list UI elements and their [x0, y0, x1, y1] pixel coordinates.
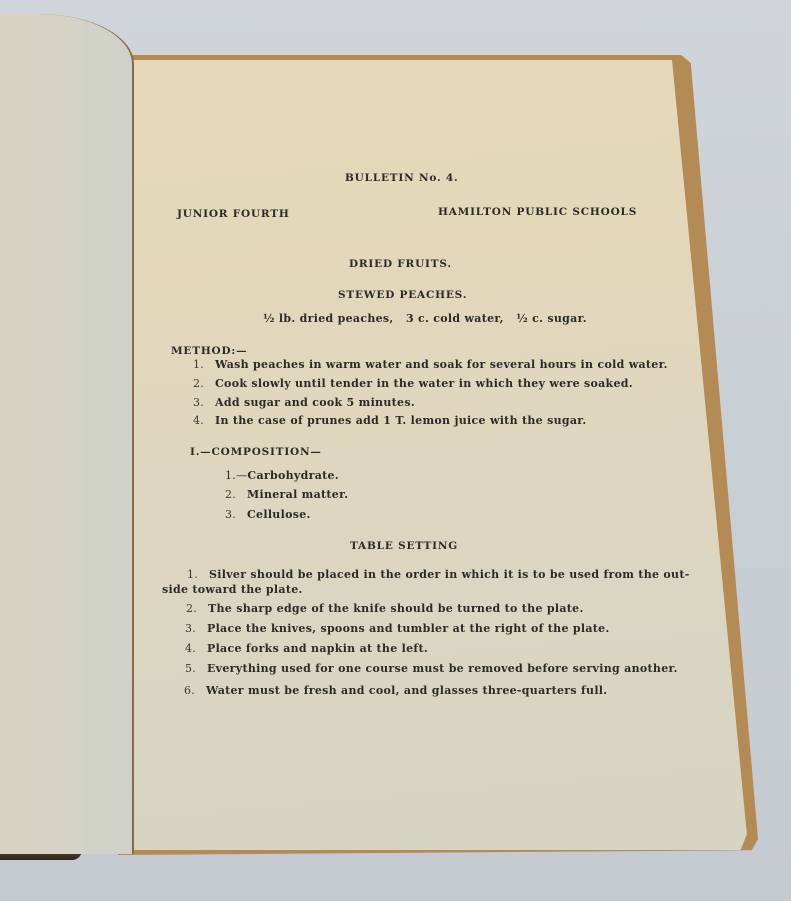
- ingredients-line: ½ lb. dried peaches, 3 c. cold water, ½ …: [263, 312, 587, 325]
- rule-number: 3.: [185, 622, 207, 635]
- table-setting-rule: 4.Place forks and napkin at the left.: [185, 642, 428, 655]
- composition-item: 1.—Carbohydrate.: [225, 469, 339, 482]
- step-text: Cook slowly until tender in the water in…: [215, 377, 633, 390]
- school-name: HAMILTON PUBLIC SCHOOLS: [438, 206, 637, 218]
- item-number: 1.—: [225, 469, 247, 482]
- rule-number: 5.: [185, 662, 207, 675]
- rule-text: Silver should be placed in the order in …: [209, 568, 690, 581]
- rule-number: 1.: [187, 568, 209, 581]
- step-text: In the case of prunes add 1 T. lemon jui…: [215, 414, 587, 427]
- step-number: 3.: [193, 396, 215, 409]
- method-step: 2.Cook slowly until tender in the water …: [193, 377, 633, 390]
- method-step: 4.In the case of prunes add 1 T. lemon j…: [193, 414, 587, 427]
- rule-text: Place forks and napkin at the left.: [207, 642, 428, 655]
- table-setting-rule: 6.Water must be fresh and cool, and glas…: [184, 684, 607, 697]
- bulletin-number: BULLETIN No. 4.: [345, 172, 458, 184]
- step-text: Wash peaches in warm water and soak for …: [215, 358, 668, 371]
- rule-text: Water must be fresh and cool, and glasse…: [206, 684, 607, 697]
- recipe-title: STEWED PEACHES.: [338, 289, 467, 301]
- rule-number: 2.: [186, 602, 208, 615]
- topic-title: DRIED FRUITS.: [349, 258, 452, 270]
- item-number: 3.: [225, 508, 247, 521]
- method-step: 1.Wash peaches in warm water and soak fo…: [193, 358, 668, 371]
- item-text: Cellulose.: [247, 508, 311, 521]
- composition-item: 2.Mineral matter.: [225, 488, 348, 501]
- rule-continuation: side toward the plate.: [162, 583, 303, 596]
- method-heading: METHOD:—: [171, 345, 247, 357]
- item-text: Mineral matter.: [247, 488, 348, 501]
- rule-text: Everything used for one course must be r…: [207, 662, 678, 675]
- item-number: 2.: [225, 488, 247, 501]
- rule-text: Place the knives, spoons and tumbler at …: [207, 622, 610, 635]
- table-setting-rule: 1.Silver should be placed in the order i…: [187, 568, 690, 581]
- table-setting-heading: TABLE SETTING: [350, 540, 458, 552]
- table-setting-rule: 5.Everything used for one course must be…: [185, 662, 678, 675]
- rule-number: 4.: [185, 642, 207, 655]
- rule-text: The sharp edge of the knife should be tu…: [208, 602, 584, 615]
- step-number: 1.: [193, 358, 215, 371]
- item-text: Carbohydrate.: [247, 469, 339, 482]
- step-text: Add sugar and cook 5 minutes.: [215, 396, 415, 409]
- step-number: 4.: [193, 414, 215, 427]
- step-number: 2.: [193, 377, 215, 390]
- rule-number: 6.: [184, 684, 206, 697]
- composition-heading: I.—COMPOSITION—: [190, 446, 322, 458]
- grade-label: JUNIOR FOURTH: [177, 208, 290, 220]
- composition-item: 3.Cellulose.: [225, 508, 311, 521]
- table-setting-rule: 2.The sharp edge of the knife should be …: [186, 602, 584, 615]
- method-step: 3.Add sugar and cook 5 minutes.: [193, 396, 415, 409]
- page-content: BULLETIN No. 4. JUNIOR FOURTH HAMILTON P…: [0, 0, 791, 901]
- table-setting-rule: 3.Place the knives, spoons and tumbler a…: [185, 622, 610, 635]
